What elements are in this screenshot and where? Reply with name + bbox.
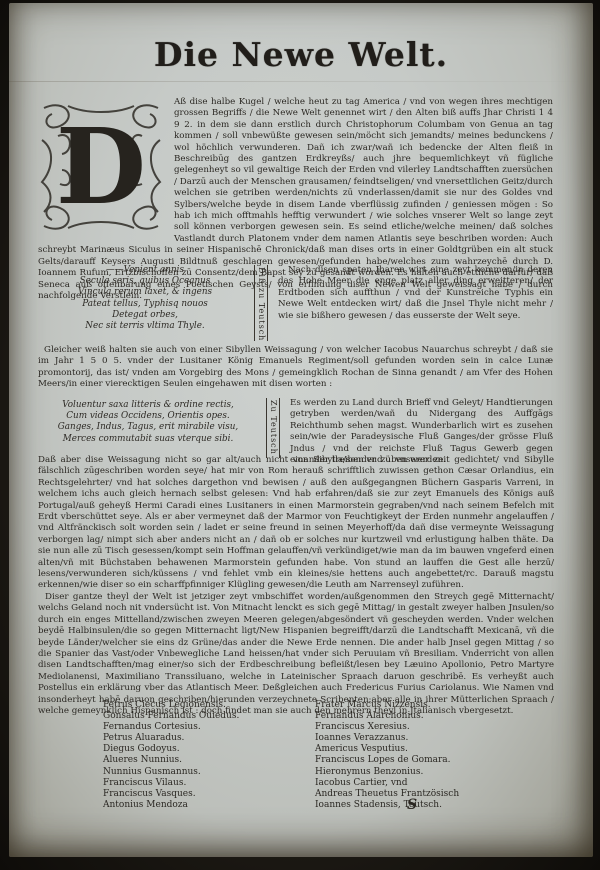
sibyl-paragraph: Gleicher weiß halten sie auch von einer … (38, 345, 553, 391)
author-name: Petrus Ciecus Legionensis. (103, 700, 315, 711)
german-translation-seneca: Nach disen spaten Jharen wirt eine zeyt … (278, 265, 553, 322)
latin-verse-sibyl: Voluentur saxa litteris & ordine rectis,… (38, 398, 252, 445)
latin-verse-seneca: ——Venient annis Secula seris, quibus Oce… (38, 265, 240, 332)
latin-line: Ganges, Indus, Tagus, erit mirabile visu… (44, 422, 252, 433)
author-name: Nunnius Gusmannus. (103, 767, 315, 778)
prophecy-seneca: ——Venient annis Secula seris, quibus Oce… (38, 265, 553, 341)
latin-line: ——Venient annis (50, 265, 240, 276)
author-name: Hieronymus Benzonius. (315, 767, 545, 778)
author-name: Iacobus Cartier, vnd (315, 778, 545, 789)
author-name: Franciscus Vasques. (103, 789, 315, 800)
author-list: Petrus Ciecus Legionensis. Gonsalus Fern… (38, 700, 553, 811)
author-name: Fernandus Cortesius. (103, 722, 315, 733)
author-name: Franciscus Xeresius. (315, 722, 545, 733)
author-name: Ioannes Stadensis, Teutsch. (315, 800, 545, 811)
author-name: Franciscus Lopes de Gomara. (315, 755, 545, 766)
latin-line: Cum videas Occidens, Orientis opes. (44, 411, 252, 422)
author-name: Fernandus Alarchonius. (315, 711, 545, 722)
latin-line: Nec sit terris vltima Thyle. (50, 321, 240, 332)
author-name: Andreas Theuetus Frantzösisch (315, 789, 545, 800)
ornate-initial-art: D (38, 100, 164, 234)
book-page-photo: Die Newe Welt. D (0, 0, 600, 870)
latin-line: Voluentur saxa litteris & ordine rectis, (44, 400, 252, 411)
page-paper: Die Newe Welt. D (9, 3, 593, 857)
author-name: Diegus Godoyus. (103, 744, 315, 755)
marble-paragraph: Daß aber dise Weissagung nicht so gar al… (38, 455, 554, 592)
author-name: Alueres Nunnius. (103, 755, 315, 766)
translation-divider-label: Diß zu Teutsch (254, 265, 268, 341)
page-title: Die Newe Welt. (9, 35, 593, 74)
geography-paragraph: Diser gantze theyl der Welt ist jetziger… (38, 592, 554, 717)
drop-cap-letter: D (56, 105, 146, 228)
author-column-left: Petrus Ciecus Legionensis. Gonsalus Fern… (103, 700, 315, 811)
author-name: Americus Vesputius. (315, 744, 545, 755)
author-name: Petrus Aluaradus. (103, 733, 315, 744)
author-name: Antonius Mendoza (103, 800, 315, 811)
latin-line: Vincula rerum laxet, & ingens (50, 287, 240, 298)
latin-line: Merces commutabit suas vterque sibi. (44, 434, 252, 445)
latin-line: Detegat orbes, (50, 310, 240, 321)
author-name: Gonsalus Fernandus Ouiedus. (103, 711, 315, 722)
author-name: Franciscus Vilaus. (103, 778, 315, 789)
author-column-right: Frater Marcus Nizzensis. Fernandus Alarc… (315, 700, 545, 811)
author-name: Frater Marcus Nizzensis. (315, 700, 545, 711)
ornate-initial: D (38, 100, 164, 234)
signature-mark: S (407, 797, 417, 813)
main-text-block: Daß aber dise Weissagung nicht so gar al… (38, 455, 554, 717)
author-name: Ioannes Verazzanus. (315, 733, 545, 744)
latin-line: Pateat tellus, Typhisq nouos (50, 299, 240, 310)
latin-line: Secula seris, quibus Oceanus (50, 276, 240, 287)
translation-divider-label: Zu Teutsch (266, 398, 280, 458)
